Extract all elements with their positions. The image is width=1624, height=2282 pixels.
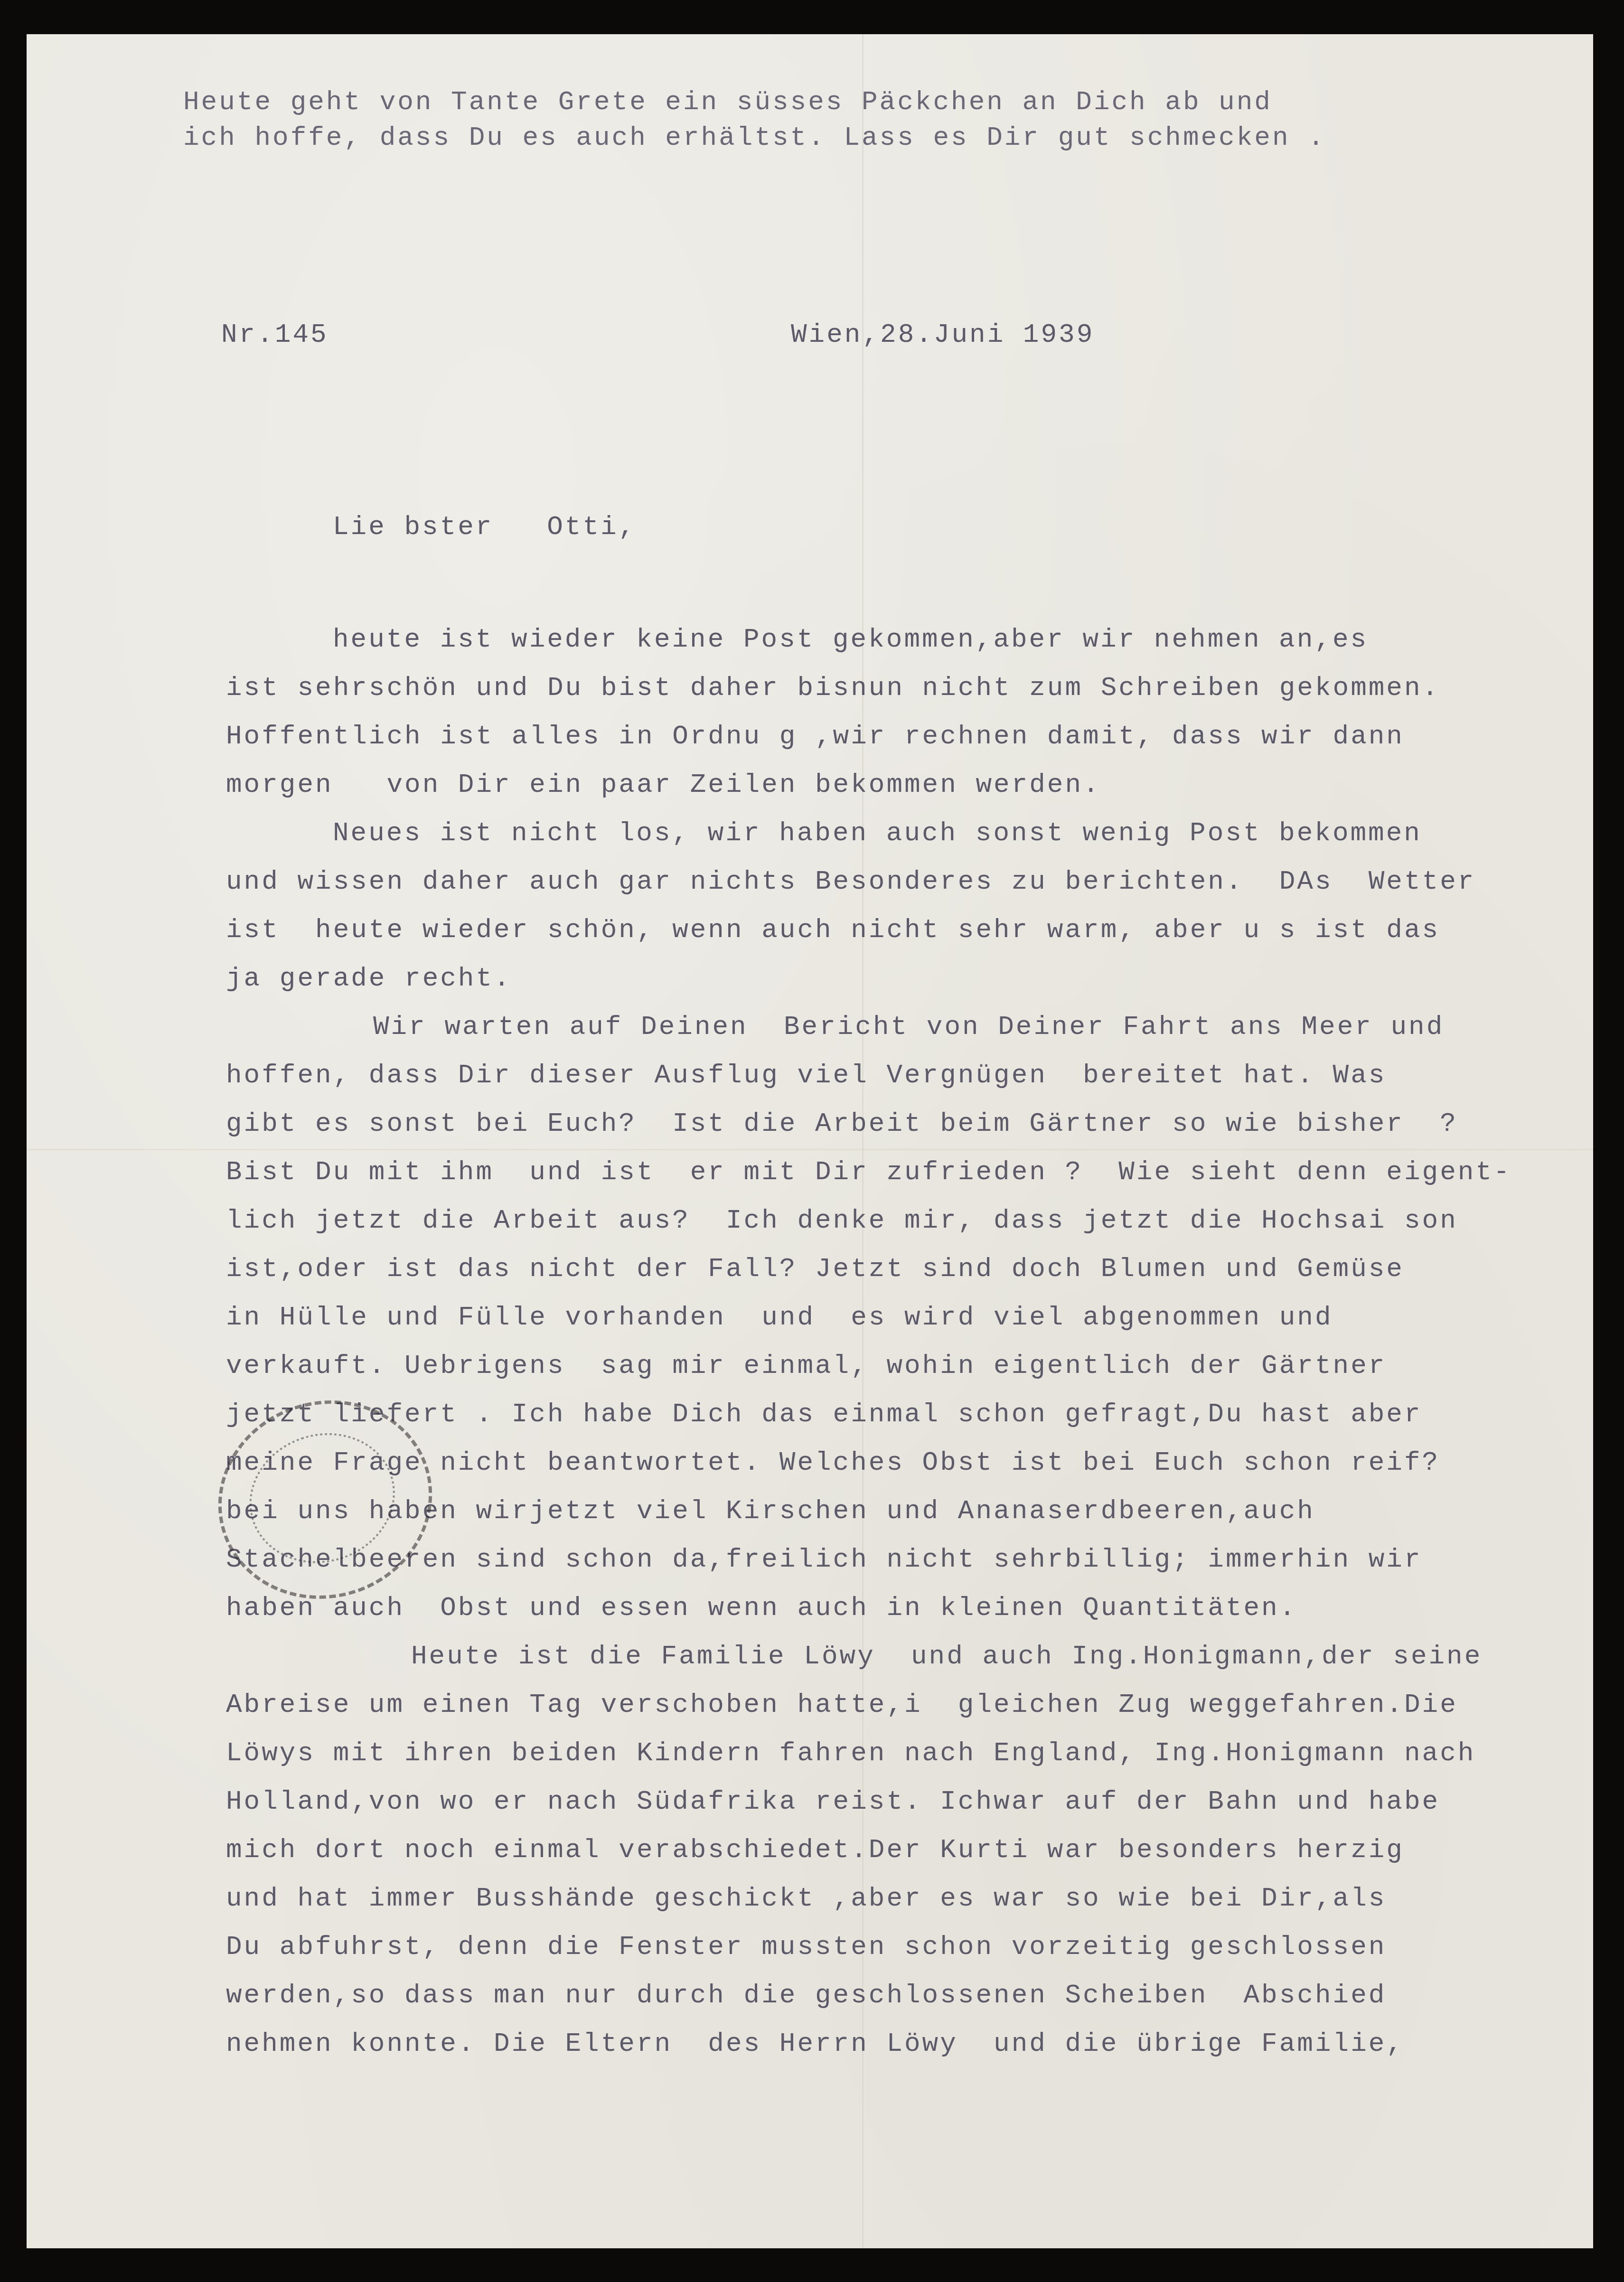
body-line: jetzt liefert . Ich habe Dich das einmal… xyxy=(226,1401,1422,1427)
body-line: in Hülle und Fülle vorhanden und es wird… xyxy=(226,1304,1333,1331)
place-date: Wien,28.Juni 1939 xyxy=(791,321,1094,348)
letter-number: Nr.145 xyxy=(221,321,329,348)
body-line: ist,oder ist das nicht der Fall? Jetzt s… xyxy=(226,1256,1404,1282)
postscript-line: ich hoffe, dass Du es auch erhältst. Las… xyxy=(183,124,1326,151)
body-line: und hat immer Busshände geschickt ,aber … xyxy=(226,1885,1386,1912)
letter-page: Heute geht von Tante Grete ein süsses Pä… xyxy=(27,34,1593,2248)
body-line: Bist Du mit ihm und ist er mit Dir zufri… xyxy=(226,1159,1511,1185)
body-line: und wissen daher auch gar nichts Besonde… xyxy=(226,868,1475,895)
body-line: Du abfuhrst, denn die Fenster mussten sc… xyxy=(226,1934,1386,1960)
body-line: morgen von Dir ein paar Zeilen bekommen … xyxy=(226,771,1101,798)
body-line: ja gerade recht. xyxy=(226,965,512,992)
body-line: Holland,von wo er nach Südafrika reist. … xyxy=(226,1788,1440,1815)
fold-crease-vertical xyxy=(862,34,864,2248)
body-line: ist heute wieder schön, wenn auch nicht … xyxy=(226,917,1440,943)
fold-crease-horizontal xyxy=(27,1149,1593,1150)
body-line: mich dort noch einmal verabschiedet.Der … xyxy=(226,1837,1404,1863)
body-line: hoffen, dass Dir dieser Ausflug viel Ver… xyxy=(226,1062,1386,1089)
body-line: Neues ist nicht los, wir haben auch sons… xyxy=(333,820,1422,846)
body-line: haben auch Obst und essen wenn auch in k… xyxy=(226,1595,1297,1621)
body-line: ist sehrschön und Du bist daher bisnun n… xyxy=(226,675,1440,701)
body-line: heute ist wieder keine Post gekommen,abe… xyxy=(333,626,1368,653)
body-line: lich jetzt die Arbeit aus? Ich denke mir… xyxy=(226,1207,1458,1234)
body-line: Wir warten auf Deinen Bericht von Deiner… xyxy=(373,1014,1444,1040)
body-line: nehmen konnte. Die Eltern des Herrn Löwy… xyxy=(226,2030,1404,2057)
body-line: gibt es sonst bei Euch? Ist die Arbeit b… xyxy=(226,1110,1458,1137)
salutation: Lie bster Otti, xyxy=(333,514,636,540)
body-line: Hoffentlich ist alles in Ordnu g ,wir re… xyxy=(226,723,1404,750)
body-line: Löwys mit ihren beiden Kindern fahren na… xyxy=(226,1740,1475,1766)
postmark-stamp-inner-ring xyxy=(233,1414,412,1582)
body-line: Abreise um einen Tag verschoben hatte,i … xyxy=(226,1691,1458,1718)
body-line: verkauft. Uebrigens sag mir einmal, wohi… xyxy=(226,1352,1386,1379)
body-line: Heute ist die Familie Löwy und auch Ing.… xyxy=(411,1643,1482,1670)
postscript-line: Heute geht von Tante Grete ein süsses Pä… xyxy=(183,89,1272,115)
body-line: werden,so dass man nur durch die geschlo… xyxy=(226,1982,1386,2009)
